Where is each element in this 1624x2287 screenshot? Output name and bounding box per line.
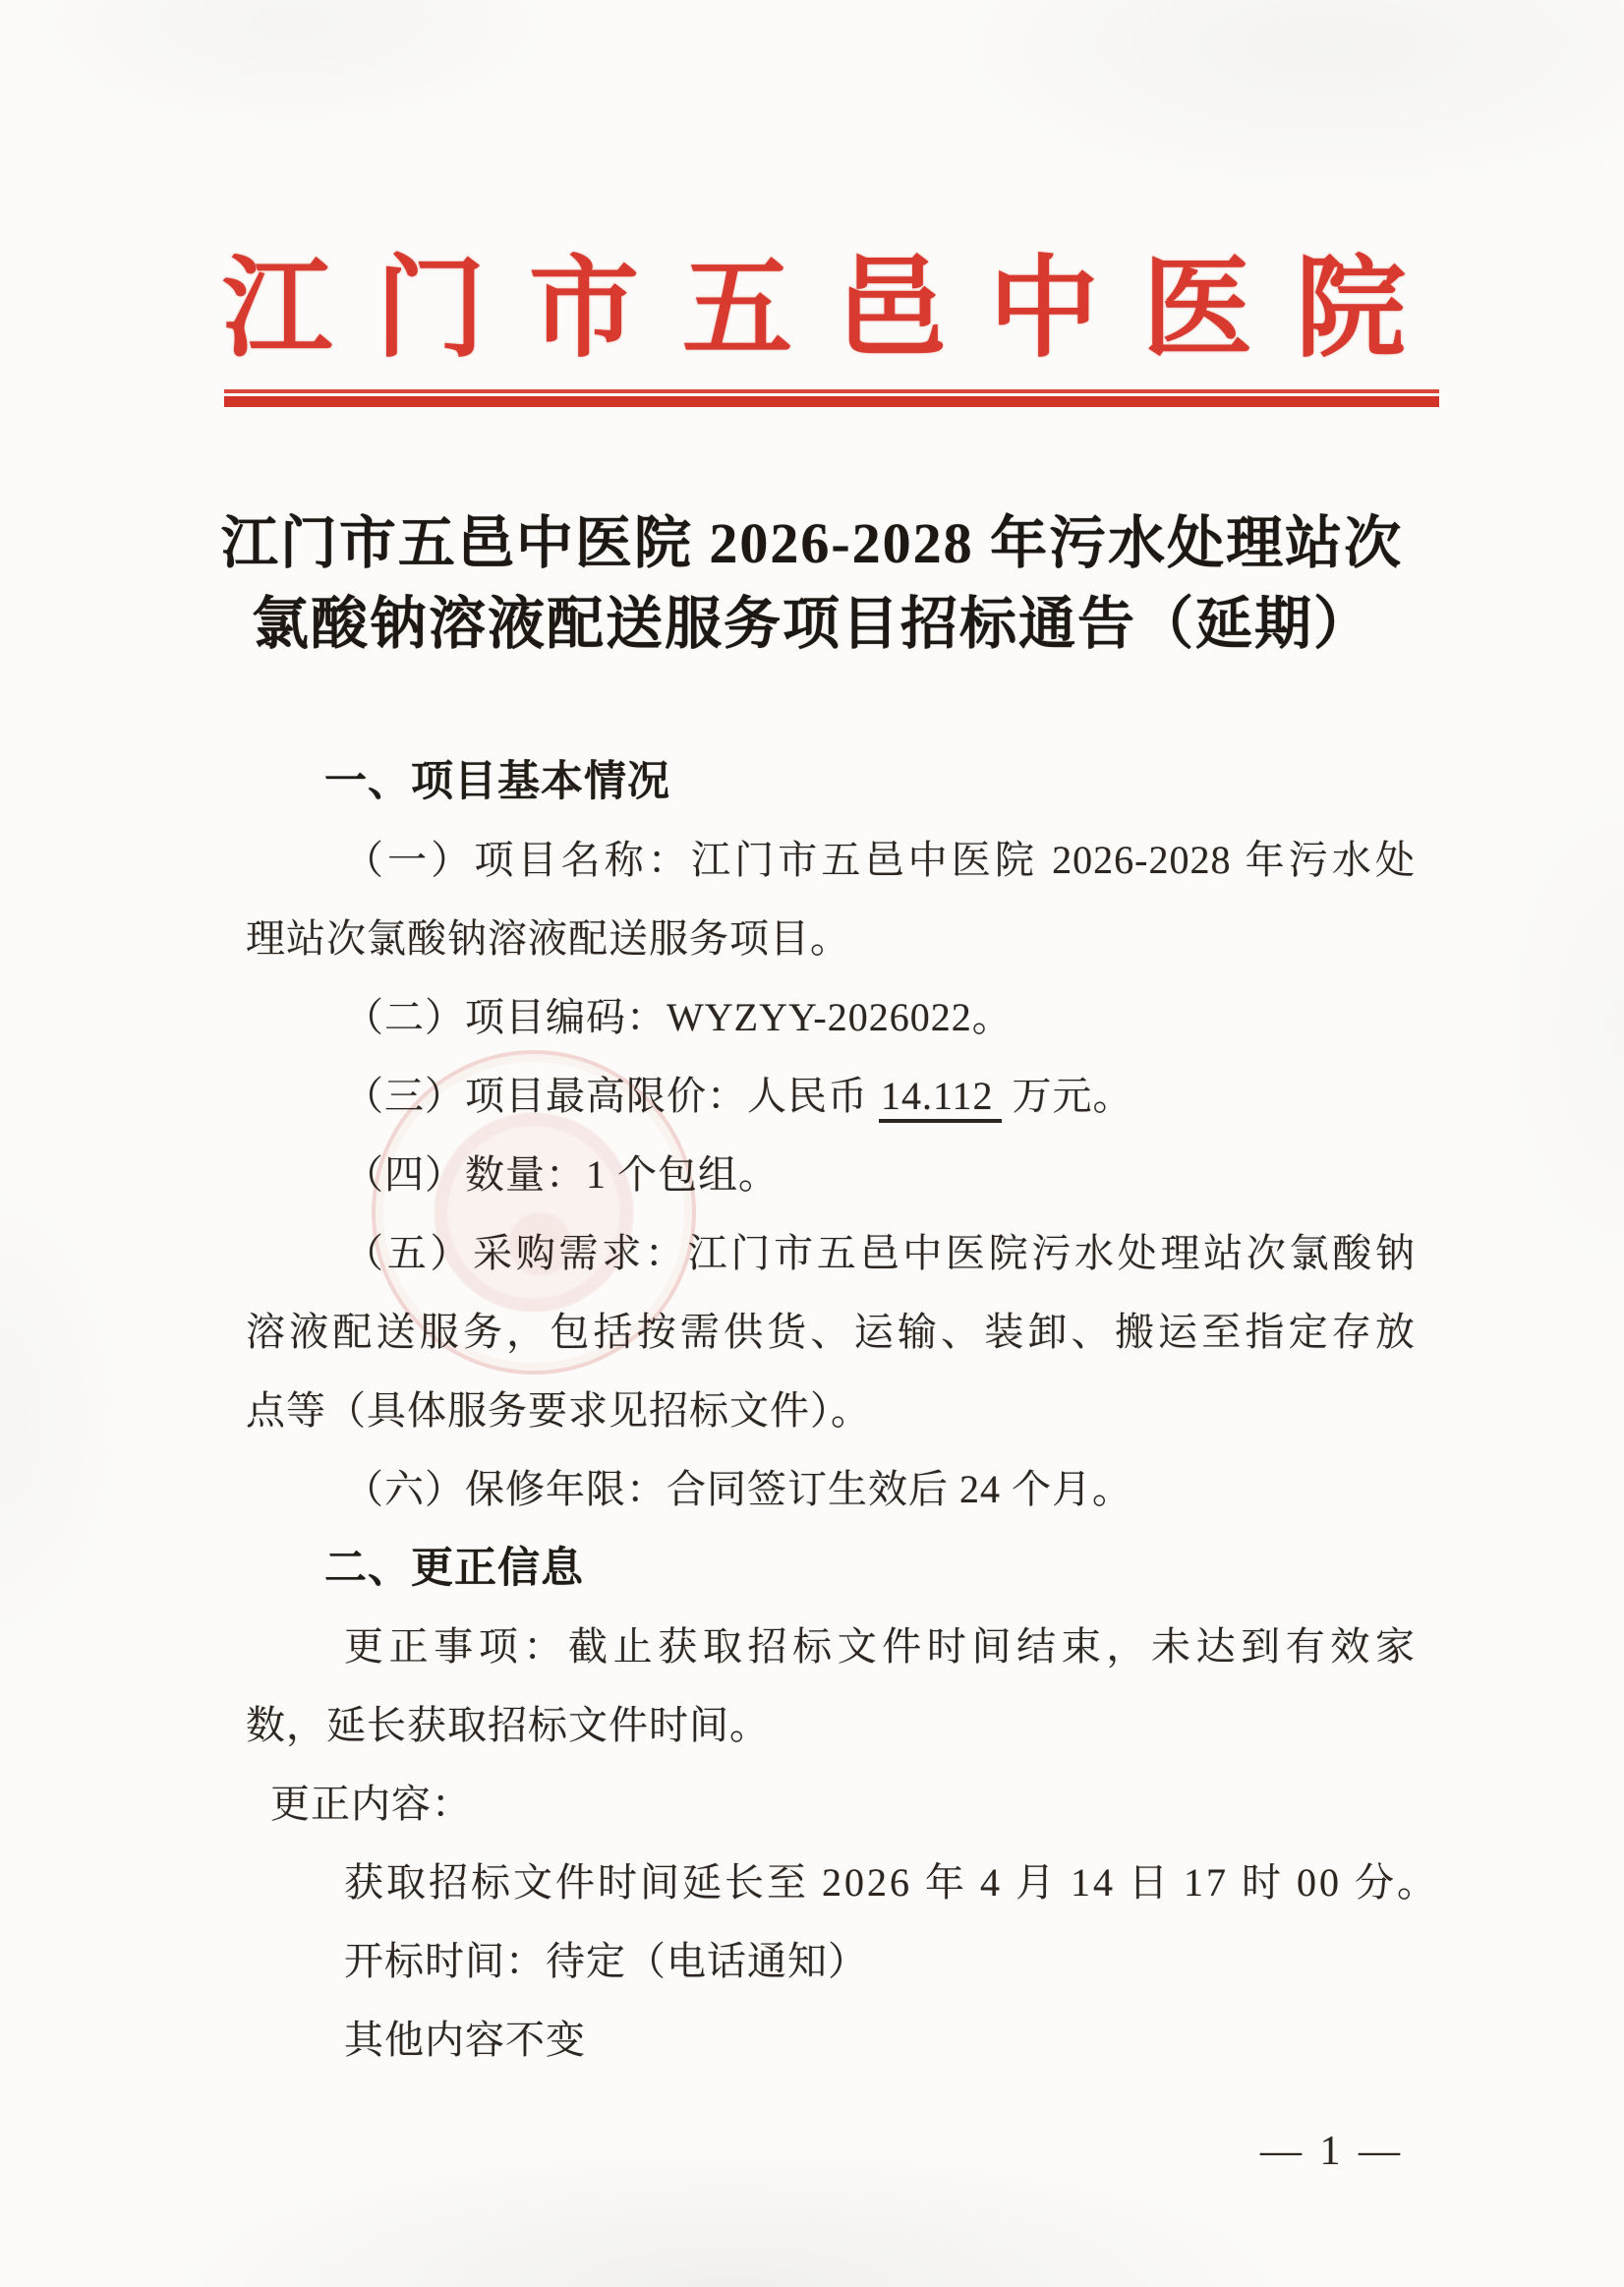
item5-continuation1: 溶液配送服务，包括按需供货、运输、装卸、搬运至指定存放 (246, 1293, 1416, 1372)
item3-price-underlined: 14.112 (879, 1074, 1002, 1123)
section1-heading: 一、项目基本情况 (246, 742, 1416, 821)
item1-continuation: 理站次氯酸钠溶液配送服务项目。 (246, 900, 1416, 978)
correction-content-label: 更正内容： (246, 1765, 1416, 1844)
letterhead-divider (224, 389, 1439, 407)
document-title-line2: 氯酸钠溶液配送服务项目招标通告（延期） (0, 584, 1624, 665)
item6-warranty-period: （六）保修年限：合同签订生效后 24 个月。 (246, 1450, 1416, 1529)
document-title: 江门市五邑中医院 2026-2028 年污水处理站次 氯酸钠溶液配送服务项目招标… (0, 503, 1624, 665)
hospital-letterhead: 江门市五邑中医院 (222, 244, 1449, 377)
item2-project-code: （二）项目编码：WYZYY-2026022。 (246, 978, 1416, 1057)
item3-price-limit: （三）项目最高限价：人民币 14.112 万元。 (246, 1057, 1416, 1136)
item5-procurement-demand: （五）采购需求：江门市五邑中医院污水处理站次氯酸钠 (246, 1214, 1416, 1293)
item3-suffix: 万元。 (1002, 1074, 1133, 1118)
correction-item-cont: 数，延长获取招标文件时间。 (246, 1686, 1416, 1765)
correction-item: 更正事项：截止获取招标文件时间结束，未达到有效家 (246, 1608, 1416, 1686)
item1-project-name: （一）项目名称：江门市五邑中医院 2026-2028 年污水处 (246, 821, 1416, 900)
correction-detail-opening: 开标时间：待定（电话通知） (246, 1922, 1416, 2001)
correction-detail-unchanged: 其他内容不变 (246, 2001, 1416, 2080)
page-number: — 1 — (1260, 2124, 1404, 2179)
divider-thin-line (224, 389, 1439, 393)
item5-continuation2: 点等（具体服务要求见招标文件）。 (246, 1372, 1416, 1450)
document-page: 江门市五邑中医院 江门市五邑中医院 2026-2028 年污水处理站次 氯酸钠溶… (0, 0, 1624, 2287)
item3-prefix: （三）项目最高限价：人民币 (344, 1074, 879, 1118)
document-body: 一、项目基本情况 （一）项目名称：江门市五邑中医院 2026-2028 年污水处… (246, 742, 1416, 2080)
divider-thick-line (224, 396, 1439, 407)
item4-quantity: （四）数量：1 个包组。 (246, 1136, 1416, 1214)
correction-detail-deadline: 获取招标文件时间延长至 2026 年 4 月 14 日 17 时 00 分。 (246, 1844, 1416, 1922)
section2-heading: 二、更正信息 (246, 1529, 1416, 1608)
document-title-line1: 江门市五邑中医院 2026-2028 年污水处理站次 (0, 503, 1624, 584)
